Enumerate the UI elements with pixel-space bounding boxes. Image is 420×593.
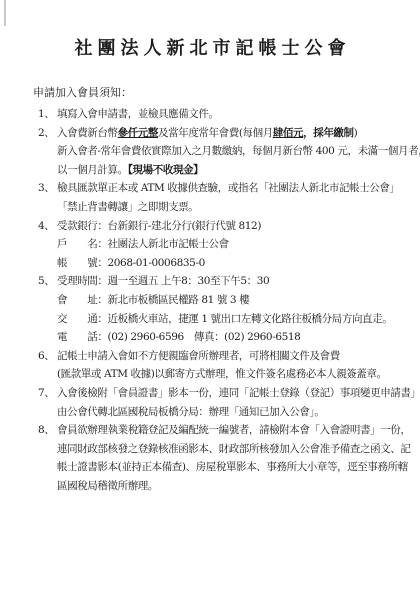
item-line: 「禁止背書轉讓」之即期支票。 xyxy=(57,198,410,217)
notice-item-4: 4、 受款銀行：台新銀行-建北分行(銀行代號 812) 戶 名：社團法人新北市記… xyxy=(38,217,410,273)
calc-rule-text: 以一個月計算。 xyxy=(57,164,128,176)
item-line: 區國稅局稽徵所辦理。 xyxy=(57,477,410,496)
item-content: 入會費新台幣參仟元整及當年度常年會費(每個月肆佰元，採年繳制) 新入會者-常年會… xyxy=(57,124,410,180)
item-number: 6、 xyxy=(38,347,57,366)
item-line: 由公會代轉北區國稅局板橋分局：辦理「通知已加入公會」。 xyxy=(57,403,410,422)
notice-item-8: 8、 會員欲辦理執業稅籍登記及編配統一編號者，請檢附本會「入會證明書」一份， 連… xyxy=(38,421,410,495)
item-line: 新入會者-常年會費依實際加入之月數繳納，每個月新台幣 400 元，未滿一個月者， xyxy=(57,142,410,161)
item-line: (匯款單或 ATM 收據)以郵寄方式辦理，惟文件簽名處務必本人親簽蓋章。 xyxy=(57,365,410,384)
item-number: 8、 xyxy=(38,421,57,440)
item-content: 受款銀行：台新銀行-建北分行(銀行代號 812) 戶 名：社團法人新北市記帳士公… xyxy=(57,217,410,273)
item-number: 2、 xyxy=(38,124,57,143)
item-line: 會員欲辦理執業稅籍登記及編配統一編號者，請檢附本會「入會證明書」一份， xyxy=(57,421,410,440)
notice-item-1: 1、 填寫入會申請書，並檢具應備文件。 xyxy=(38,105,410,124)
item-line: 入會費新台幣參仟元整及當年度常年會費(每個月肆佰元，採年繳制) xyxy=(57,124,410,143)
item-number: 1、 xyxy=(38,105,57,124)
item-content: 記帳士申請入會如不方便親臨會所辦理者，可將相關文件及會費 (匯款單或 ATM 收… xyxy=(57,347,410,384)
notice-list: 1、 填寫入會申請書，並檢具應備文件。 2、 入會費新台幣參仟元整及當年度常年會… xyxy=(38,105,410,495)
account-name-line: 戶 名：社團法人新北市記帳士公會 xyxy=(57,235,410,254)
item-number: 5、 xyxy=(38,272,57,291)
item-number: 4、 xyxy=(38,217,57,236)
no-cash-notice: 【現場不收現金】 xyxy=(128,164,204,176)
membership-fee-amount: 參仟元整 xyxy=(118,127,158,139)
scan-artifact xyxy=(4,0,6,26)
address-line: 會 址：新北市板橋區民權路 81 號 3 樓 xyxy=(57,291,410,310)
item-line: 檢具匯款單正本或 ATM 收據供查驗，或指名「社團法人新北市記帳士公會」 xyxy=(57,179,410,198)
item-content: 入會後檢附「會員證書」影本一份，連同「記帳士登錄（登記）事項變更申請書」 由公會… xyxy=(57,384,410,421)
item-content: 檢具匯款單正本或 ATM 收據供查驗，或指名「社團法人新北市記帳士公會」 「禁止… xyxy=(57,179,410,216)
fee-text-pre: 入會費新台幣 xyxy=(57,127,118,139)
notice-item-5: 5、 受理時間：週一至週五 上午8：30至下午5：30 會 址：新北市板橋區民權… xyxy=(38,272,410,346)
notice-item-2: 2、 入會費新台幣參仟元整及當年度常年會費(每個月肆佰元，採年繳制) 新入會者-… xyxy=(38,124,410,180)
document-page: 社團法人新北市記帳士公會 申請加入會員須知： 1、 填寫入會申請書，並檢具應備文… xyxy=(0,0,420,593)
item-line: 記帳士申請入會如不方便親臨會所辦理者，可將相關文件及會費 xyxy=(57,347,410,366)
item-line: 以一個月計算。【現場不收現金】 xyxy=(57,161,410,180)
item-content: 填寫入會申請書，並檢具應備文件。 xyxy=(57,105,410,124)
item-line: 入會後檢附「會員證書」影本一份，連同「記帳士登錄（登記）事項變更申請書」 xyxy=(57,384,410,403)
item-number: 3、 xyxy=(38,179,57,198)
fee-text-close: ) xyxy=(354,127,358,139)
document-title: 社團法人新北市記帳士公會 xyxy=(0,0,420,61)
item-line: 填寫入會申請書，並檢具應備文件。 xyxy=(57,105,410,124)
notice-item-6: 6、 記帳士申請入會如不方便親臨會所辦理者，可將相關文件及會費 (匯款單或 AT… xyxy=(38,347,410,384)
intro-line: 申請加入會員須知： xyxy=(33,87,420,99)
item-number: 7、 xyxy=(38,384,57,403)
item-content: 受理時間：週一至週五 上午8：30至下午5：30 會 址：新北市板橋區民權路 8… xyxy=(57,272,410,346)
notice-item-7: 7、 入會後檢附「會員證書」影本一份，連同「記帳士登錄（登記）事項變更申請書」 … xyxy=(38,384,410,421)
notice-item-3: 3、 檢具匯款單正本或 ATM 收據供查驗，或指名「社團法人新北市記帳士公會」 … xyxy=(38,179,410,216)
item-line: 連同財政部核發之登錄核准函影本、財政部所核發加入公會准予備查之函文、記 xyxy=(57,440,410,459)
item-content: 會員欲辦理執業稅籍登記及編配統一編號者，請檢附本會「入會證明書」一份， 連同財政… xyxy=(57,421,410,495)
fee-comma: ， xyxy=(303,127,313,139)
account-number-line: 帳 號：2068-01-0006835-0 xyxy=(57,254,410,273)
fee-text-mid: 及當年度常年會費(每個月 xyxy=(158,127,273,139)
monthly-fee-amount: 肆佰元 xyxy=(273,127,303,139)
item-line: 帳士證書影本(並持正本備查)、房屋稅單影本、事務所大小章等，逕至事務所轄 xyxy=(57,458,410,477)
bank-line: 受款銀行：台新銀行-建北分行(銀行代號 812) xyxy=(57,217,410,236)
phone-fax-line: 電 話：(02) 2960-6596 傳真：(02) 2960-6518 xyxy=(57,328,410,347)
transport-line: 交 通：近板橋火車站，捷運 1 號出口左轉文化路往板橋分局方向直走。 xyxy=(57,310,410,329)
payment-scheme: 採年繳制 xyxy=(313,127,353,139)
office-hours-line: 受理時間：週一至週五 上午8：30至下午5：30 xyxy=(57,272,410,291)
